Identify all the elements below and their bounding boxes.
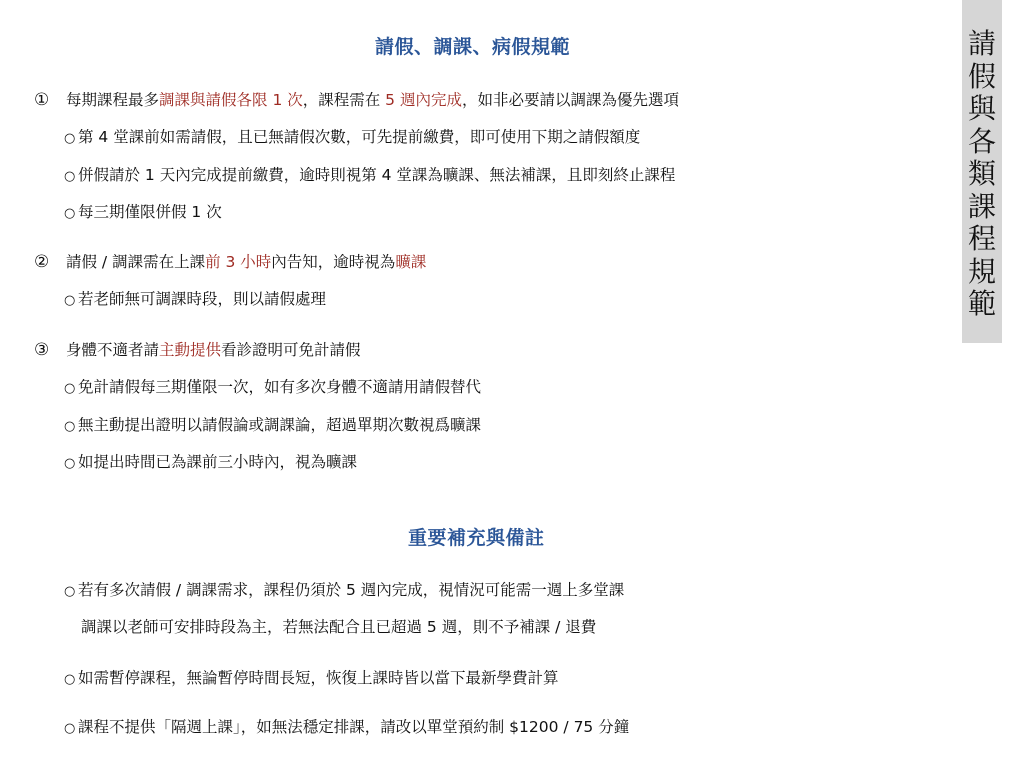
sidebar-char: 規: [968, 256, 996, 289]
rule-1-subitem-3: ○每三期僅限併假 1 次: [64, 202, 222, 224]
note-text: 課程不提供「隔週上課」，如無法穩定排課，請改以單堂預約制 $1200 / 75 …: [78, 718, 629, 736]
rule-highlight: 曠課: [395, 253, 426, 271]
note-3: ○課程不提供「隔週上課」，如無法穩定排課，請改以單堂預約制 $1200 / 75…: [64, 717, 629, 739]
rule-number: ③: [34, 340, 66, 360]
rule-1-subitem-1: ○第 4 堂課前如需請假，且已無請假次數，可先提前繳費，即可使用下期之請假額度: [64, 127, 640, 149]
sidebar-char: 與: [968, 93, 996, 126]
rule-highlight: 主動提供: [159, 341, 221, 359]
rule-3-subitem-1: ○免計請假每三期僅限一次，如有多次身體不適請用請假替代: [64, 377, 481, 399]
bullet-icon: ○: [64, 719, 78, 739]
rule-2-subitem-1: ○若老師無可調課時段，則以請假處理: [64, 289, 326, 311]
sidebar-char: 各: [968, 126, 996, 159]
note-2: ○如需暫停課程，無論暫停時間長短，恢復上課時皆以當下最新學費計算: [64, 668, 559, 690]
bullet-icon: ○: [64, 454, 78, 474]
subitem-text: 若老師無可調課時段，則以請假處理: [78, 290, 326, 308]
note-text: 如需暫停課程，無論暫停時間長短，恢復上課時皆以當下最新學費計算: [78, 669, 559, 687]
rule-1: ①每期課程最多調課與請假各限 1 次，課程需在 5 週內完成，如非必要請以調課為…: [34, 90, 679, 110]
sidebar-char: 請: [968, 28, 996, 61]
subitem-text: 無主動提出證明以請假論或調課論，超過單期次數視爲曠課: [78, 416, 481, 434]
sidebar-char: 類: [968, 158, 996, 191]
sidebar-char: 範: [968, 288, 996, 321]
note-1: ○若有多次請假 / 調課需求，課程仍須於 5 週內完成，視情況可能需一週上多堂課: [64, 580, 624, 602]
section-title-notes: 重要補充與備註: [408, 523, 545, 550]
rule-1-subitem-2: ○併假請於 1 天內完成提前繳費，逾時則視第 4 堂課為曠課、無法補課，且即刻終…: [64, 165, 675, 187]
document-page: 請假、調課、病假規範 ①每期課程最多調課與請假各限 1 次，課程需在 5 週內完…: [0, 0, 1024, 768]
rule-text: 身體不適者請: [66, 341, 159, 359]
rule-2: ②請假 / 調課需在上課前 3 小時內告知，逾時視為曠課: [34, 252, 426, 272]
rule-highlight: 調課與請假各限 1 次: [159, 91, 303, 109]
bullet-icon: ○: [64, 379, 78, 399]
note-1-continuation: 調課以老師可安排時段為主，若無法配合且已超過 5 週，則不予補課 / 退費: [81, 617, 596, 637]
subitem-text: 免計請假每三期僅限一次，如有多次身體不適請用請假替代: [78, 378, 481, 396]
bullet-icon: ○: [64, 291, 78, 311]
subitem-text: 併假請於 1 天內完成提前繳費，逾時則視第 4 堂課為曠課、無法補課，且即刻終止…: [78, 166, 675, 184]
rule-number: ②: [34, 252, 66, 272]
rule-3-subitem-2: ○無主動提出證明以請假論或調課論，超過單期次數視爲曠課: [64, 415, 481, 437]
bullet-icon: ○: [64, 167, 78, 187]
subitem-text: 每三期僅限併假 1 次: [78, 203, 222, 221]
rule-highlight: 前 3 小時: [205, 253, 271, 271]
vertical-section-label: 請 假 與 各 類 課 程 規 範: [962, 0, 1002, 343]
section-title-leave-rules: 請假、調課、病假規範: [375, 32, 570, 59]
rule-text: ，課程需在: [303, 91, 385, 109]
rule-3-subitem-3: ○如提出時間已為課前三小時內，視為曠課: [64, 452, 357, 474]
rule-text: 每期課程最多: [66, 91, 159, 109]
subitem-text: 如提出時間已為課前三小時內，視為曠課: [78, 453, 357, 471]
bullet-icon: ○: [64, 582, 78, 602]
rule-text: 看診證明可免計請假: [221, 341, 361, 359]
rule-number: ①: [34, 90, 66, 110]
subitem-text: 第 4 堂課前如需請假，且已無請假次數，可先提前繳費，即可使用下期之請假額度: [78, 128, 640, 146]
note-text: 若有多次請假 / 調課需求，課程仍須於 5 週內完成，視情況可能需一週上多堂課: [78, 581, 624, 599]
rule-text: ，如非必要請以調課為優先選項: [462, 91, 679, 109]
sidebar-char: 假: [968, 61, 996, 94]
bullet-icon: ○: [64, 129, 78, 149]
note-text: 調課以老師可安排時段為主，若無法配合且已超過 5 週，則不予補課 / 退費: [81, 618, 596, 636]
rule-text: 內告知，逾時視為: [271, 253, 395, 271]
sidebar-char: 程: [968, 223, 996, 256]
sidebar-char: 課: [968, 191, 996, 224]
bullet-icon: ○: [64, 670, 78, 690]
rule-text: 請假 / 調課需在上課: [66, 253, 205, 271]
bullet-icon: ○: [64, 204, 78, 224]
rule-highlight: 5 週內完成: [385, 91, 462, 109]
bullet-icon: ○: [64, 417, 78, 437]
rule-3: ③身體不適者請主動提供看診證明可免計請假: [34, 340, 361, 360]
